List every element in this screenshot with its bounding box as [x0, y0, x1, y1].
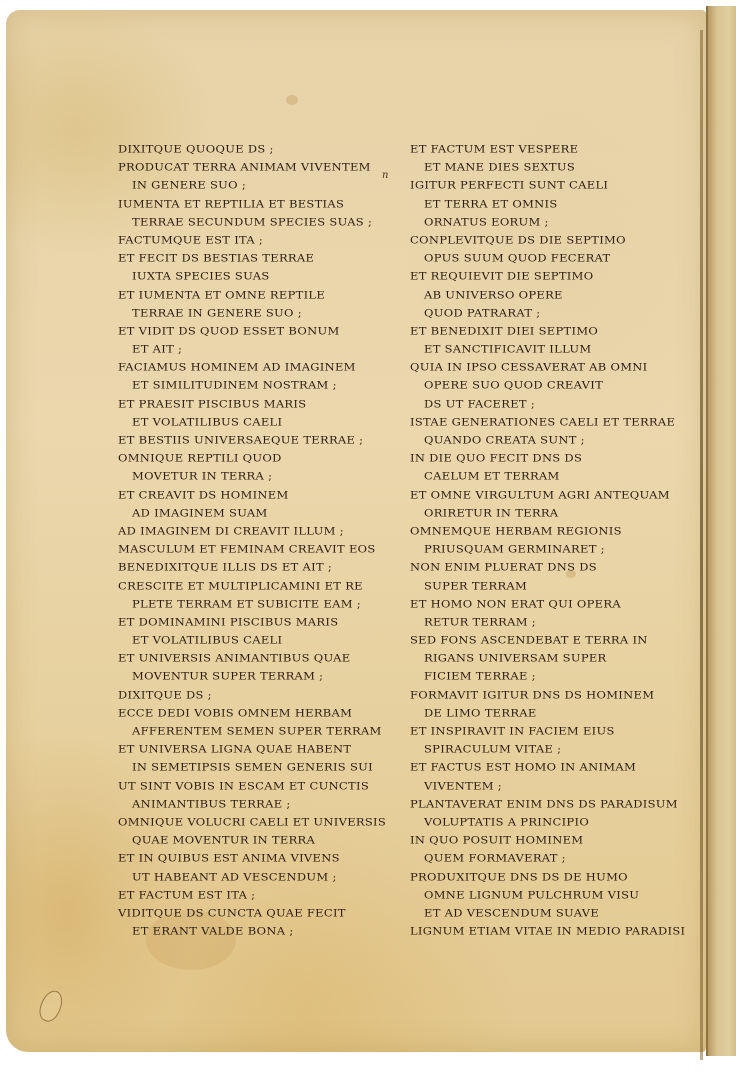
text-line: Ecce dedi vobis omnem herbam [118, 705, 378, 721]
text-line: omne lignum pulchrum visu [410, 887, 680, 903]
text-line: Conplevitque ds die septimo [410, 232, 680, 248]
text-line: de limo terrae [410, 705, 680, 721]
text-line: Et fecit ds bestias terrae [118, 250, 378, 266]
text-line: oriretur in terra [410, 505, 680, 521]
text-line: voluptatis a principio [410, 814, 680, 830]
text-line: opus suum quod fecerat [410, 250, 680, 266]
text-line: Et benedixit diei septimo [410, 323, 680, 339]
text-line: Istae generationes caeli et terrae [410, 414, 680, 430]
text-line: et volatilibus caeli [118, 632, 378, 648]
text-line: Et requievit die septimo [410, 268, 680, 284]
text-line: Et omne virgultum agri antequam [410, 486, 680, 502]
text-line: opere suo quod creavit [410, 377, 680, 393]
text-line: ad imaginem di creavit illum ; [118, 523, 378, 539]
text-line: quia in ipso cessaverat ab omni [410, 359, 680, 375]
text-line: spiraculum vitae ; [410, 741, 680, 757]
text-line: caelum et terram [410, 468, 680, 484]
text-line: Et factum est vespere [410, 141, 680, 157]
text-line: terrae in genere suo ; [118, 305, 378, 321]
text-line: Et inspiravit in faciem eius [410, 723, 680, 739]
text-line: ornatus eorum ; [410, 214, 680, 230]
text-line: animantibus terrae ; [118, 796, 378, 812]
text-line: ds ut faceret ; [410, 396, 680, 412]
text-line: Et universis animantibus quae [118, 650, 378, 666]
text-line: Et vidit ds quod esset bonum [118, 323, 378, 339]
text-line: et similitudinem nostram ; [118, 377, 378, 393]
text-line: afferentem semen super terram [118, 723, 378, 739]
marginal-note: n [382, 170, 388, 181]
text-line: In quo posuit hominem [410, 832, 680, 848]
text-line: Sed fons ascendebat e terra in [410, 632, 680, 648]
text-line: Et dominamini piscibus maris [118, 614, 378, 630]
text-line: crescite et multiplicamini et re [118, 577, 378, 593]
text-line: Non enim pluerat dns ds [410, 559, 680, 575]
text-line: Et homo non erat qui opera [410, 596, 680, 612]
text-line: retur terram ; [410, 614, 680, 630]
text-line: Plantaverat enim dns ds paradisum [410, 796, 680, 812]
text-line: ab universo opere [410, 286, 680, 302]
text-line: viventem ; [410, 777, 680, 793]
text-line: quod patrarat ; [410, 305, 680, 321]
text-line: in genere suo ; [118, 177, 378, 193]
text-line: Et bestiis universaeque terrae ; [118, 432, 378, 448]
text-line: priusquam germinaret ; [410, 541, 680, 557]
parchment-hole [36, 987, 67, 1024]
text-line: et terra et omnis [410, 195, 680, 211]
text-line: Viditque ds cuncta quae fecit [118, 905, 378, 921]
text-line: quem formaverat ; [410, 850, 680, 866]
text-line: quae moventur in terra [118, 832, 378, 848]
text-line: omnemque herbam regionis [410, 523, 680, 539]
text-line: terrae secundum species suas ; [118, 214, 378, 230]
text-line: rigans universam super [410, 650, 680, 666]
text-line: In die quo fecit dns ds [410, 450, 680, 466]
text-line: omnique reptili quod [118, 450, 378, 466]
text-line: Et praesit piscibus maris [118, 396, 378, 412]
text-line: Lignum etiam vitae in medio paradisi [410, 923, 680, 939]
right-text-column: Et factum est vespereet mane dies sextus… [410, 140, 680, 940]
text-line: Faciamus hominem ad imaginem [118, 359, 378, 375]
text-line: super terram [410, 577, 680, 593]
text-line: moventur super terram ; [118, 668, 378, 684]
text-line: Factumque est ita ; [118, 232, 378, 248]
text-line: et ad vescendum suave [410, 905, 680, 921]
text-line: Et creavit ds hominem [118, 486, 378, 502]
text-line: Benedixitque illis ds et ait ; [118, 559, 378, 575]
text-line: plete terram et subicite eam ; [118, 596, 378, 612]
text-line: ficiem terrae ; [410, 668, 680, 684]
text-line: ad imaginem suam [118, 505, 378, 521]
gutter-fold [700, 30, 703, 1060]
stain-spot [286, 95, 298, 105]
text-line: et volatilibus caeli [118, 414, 378, 430]
text-line: Igitur perfecti sunt caeli [410, 177, 680, 193]
text-line: quando creata sunt ; [410, 432, 680, 448]
text-line: ut sint vobis in escam et cunctis [118, 777, 378, 793]
text-line: iuxta species suas [118, 268, 378, 284]
text-line: in semetipsis semen generis sui [118, 759, 378, 775]
text-line: masculum et feminam creavit eos [118, 541, 378, 557]
text-line: et erant valde bona ; [118, 923, 378, 939]
text-line: Et factus est homo in animam [410, 759, 680, 775]
text-line: Et iumenta et omne reptile [118, 286, 378, 302]
text-line: et ait ; [118, 341, 378, 357]
text-line: Dixitque quoque ds ; [118, 141, 378, 157]
text-line: Producat terra animam viventem [118, 159, 378, 175]
text-line: omnique volucri caeli et universis [118, 814, 378, 830]
text-line: Produxitque dns ds de humo [410, 868, 680, 884]
text-line: movetur in terra ; [118, 468, 378, 484]
text-line: Formavit igitur dns ds hominem [410, 687, 680, 703]
text-line: ut habeant ad vescendum ; [118, 868, 378, 884]
text-line: Dixitque ds ; [118, 687, 378, 703]
left-text-column: Dixitque quoque ds ;Producat terra anima… [118, 140, 378, 940]
text-line: et sanctificavit illum [410, 341, 680, 357]
binding-edge [706, 6, 736, 1056]
text-line: Iumenta et reptilia et bestias [118, 195, 378, 211]
text-line: Et in quibus est anima vivens [118, 850, 378, 866]
text-line: Et factum est ita ; [118, 887, 378, 903]
text-line: Et universa ligna quae habent [118, 741, 378, 757]
text-line: et mane dies sextus [410, 159, 680, 175]
